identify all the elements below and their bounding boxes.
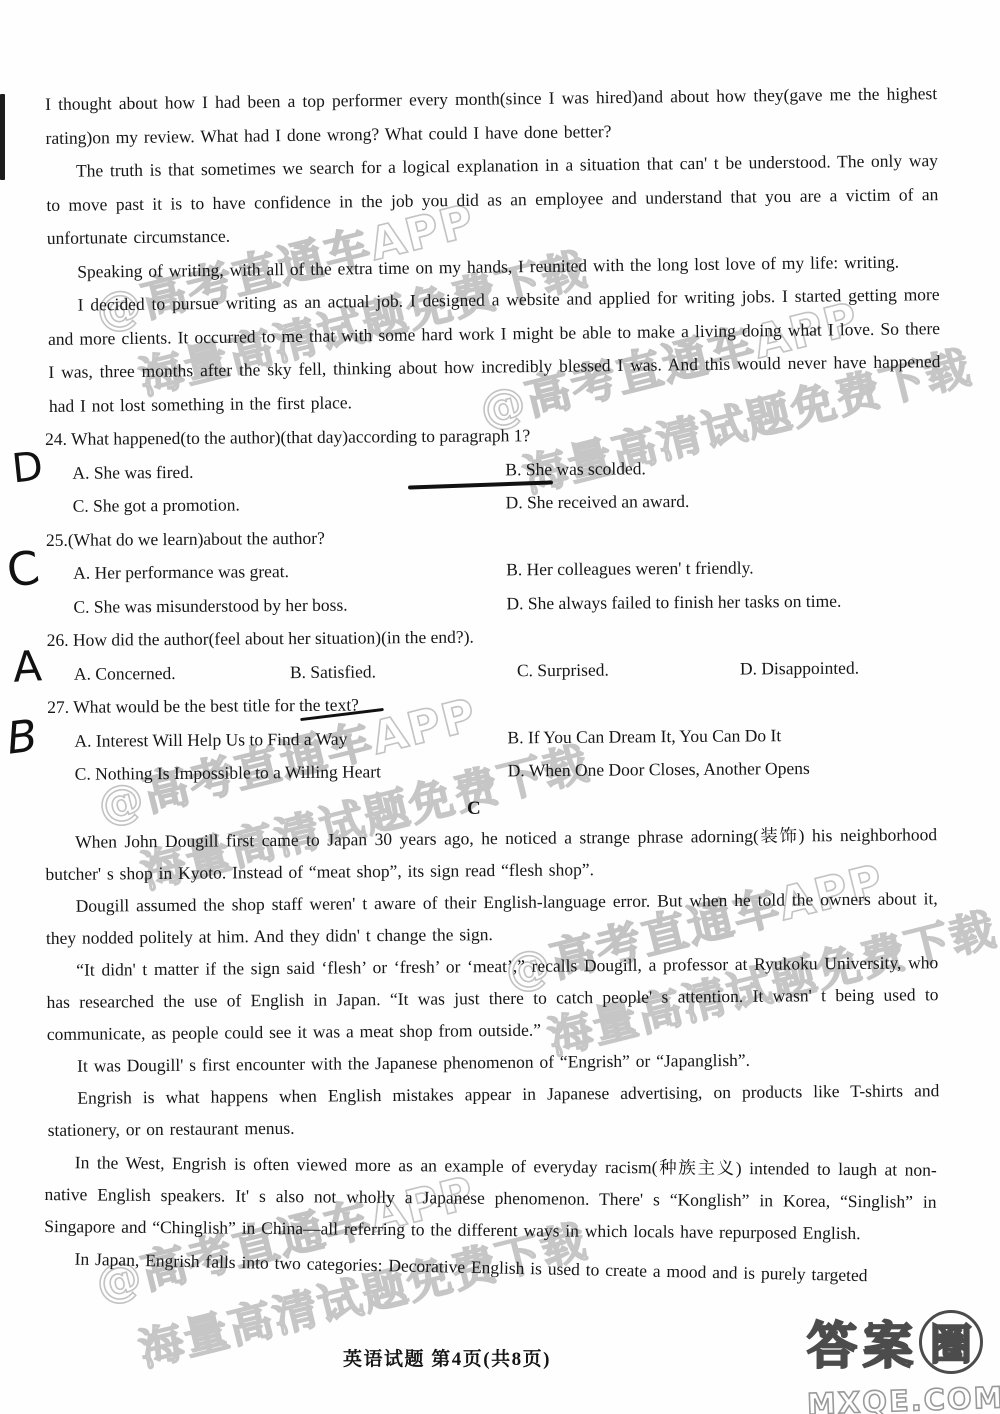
question-25: 25.(What do we learn)about the author? A…: [46, 516, 939, 624]
question-26-option-a: A. Concerned.: [74, 656, 290, 691]
logo-circle-badge: 圈: [919, 1310, 983, 1374]
question-25-option-a: A. Her performance was great.: [73, 553, 506, 590]
logo-brand: 答 案 圈: [807, 1306, 992, 1378]
question-26-options-row: A. Concerned. B. Satisfied. C. Surprised…: [47, 650, 939, 691]
passage-b: I thought about how I had been a top per…: [45, 77, 941, 423]
question-27-option-a: A. Interest Will Help Us to Find a Way: [74, 721, 507, 758]
logo-char-2: 案: [863, 1306, 913, 1378]
question-27-option-d: D. When One Door Closes, Another Opens: [508, 751, 940, 788]
question-24-option-d: D. She received an award.: [506, 483, 938, 520]
section-c-paragraph-1: When John Dougill first came to Japan 30…: [45, 818, 938, 890]
section-c-passage-top: When John Dougill first came to Japan 30…: [45, 818, 940, 1146]
question-26-option-b: B. Satisfied.: [290, 654, 517, 689]
question-24-option-b: B. She was scolded.: [505, 449, 937, 486]
question-24-options-row-2: C. She got a promotion. D. She received …: [46, 483, 938, 524]
question-25-option-d: D. She always failed to finish her tasks…: [506, 583, 938, 620]
question-26: 26. How did the author(feel about her si…: [47, 617, 939, 691]
questions-block: 24. What happened(to the author)(that da…: [45, 416, 940, 791]
question-24: 24. What happened(to the author)(that da…: [45, 416, 938, 524]
question-25-option-c: C. She was misunderstood by her boss.: [73, 587, 506, 624]
logo-char-1: 答: [807, 1306, 857, 1378]
section-c-paragraph-6: In the West, Engrish is often viewed mor…: [44, 1146, 937, 1250]
handwritten-answer-q26: A: [12, 645, 43, 688]
question-25-option-b: B. Her colleagues weren' t friendly.: [506, 550, 938, 587]
handwritten-answer-q24: D: [10, 446, 45, 489]
section-c: C When John Dougill first came to Japan …: [45, 792, 937, 1274]
exam-scan-page: @高考直通车APP 海量高清试题免费下载 @高考直通车APP 海量高清试题免费下…: [0, 0, 1000, 1414]
section-c-paragraph-5: Engrish is what happens when English mis…: [47, 1074, 940, 1146]
handwritten-answer-q27: B: [4, 714, 39, 761]
passage-b-paragraph-2: The truth is that sometimes we search fo…: [46, 144, 939, 255]
question-27-option-c: C. Nothing Is Impossible to a Willing He…: [75, 754, 508, 791]
question-26-option-d: D. Disappointed.: [740, 650, 939, 685]
scan-edge-artifact: [0, 94, 5, 180]
question-27: 27. What would be the best title for the…: [47, 684, 940, 792]
section-c-paragraph-2: Dougill assumed the shop staff weren' t …: [46, 882, 939, 954]
passage-b-paragraph-4: I decided to pursue writing as an actual…: [47, 278, 941, 423]
question-25-options-row-2: C. She was misunderstood by her boss. D.…: [46, 583, 938, 624]
section-c-paragraph-3: “It didn' t matter if the sign said ‘fle…: [46, 946, 939, 1050]
question-27-options-row-2: C. Nothing Is Impossible to a Willing He…: [48, 751, 940, 792]
question-27-option-b: B. If You Can Dream It, You Can Do It: [507, 717, 939, 754]
section-c-paragraph-7: In Japan, Engrish falls into two categor…: [44, 1242, 936, 1293]
page-footer: 英语试题 第4页(共8页): [343, 1344, 551, 1371]
answer-site-logo: 答 案 圈 MXQE.COM: [807, 1306, 992, 1414]
question-24-option-c: C. She got a promotion.: [73, 486, 506, 523]
question-26-option-c: C. Surprised.: [517, 652, 740, 687]
printed-content: I thought about how I had been a top per…: [45, 88, 937, 1274]
handwritten-answer-q25: C: [4, 544, 42, 594]
passage-b-paragraph-1: I thought about how I had been a top per…: [45, 77, 938, 155]
logo-site-url: MXQE.COM: [806, 1381, 992, 1414]
logo-char-circled: 圈: [930, 1312, 972, 1372]
